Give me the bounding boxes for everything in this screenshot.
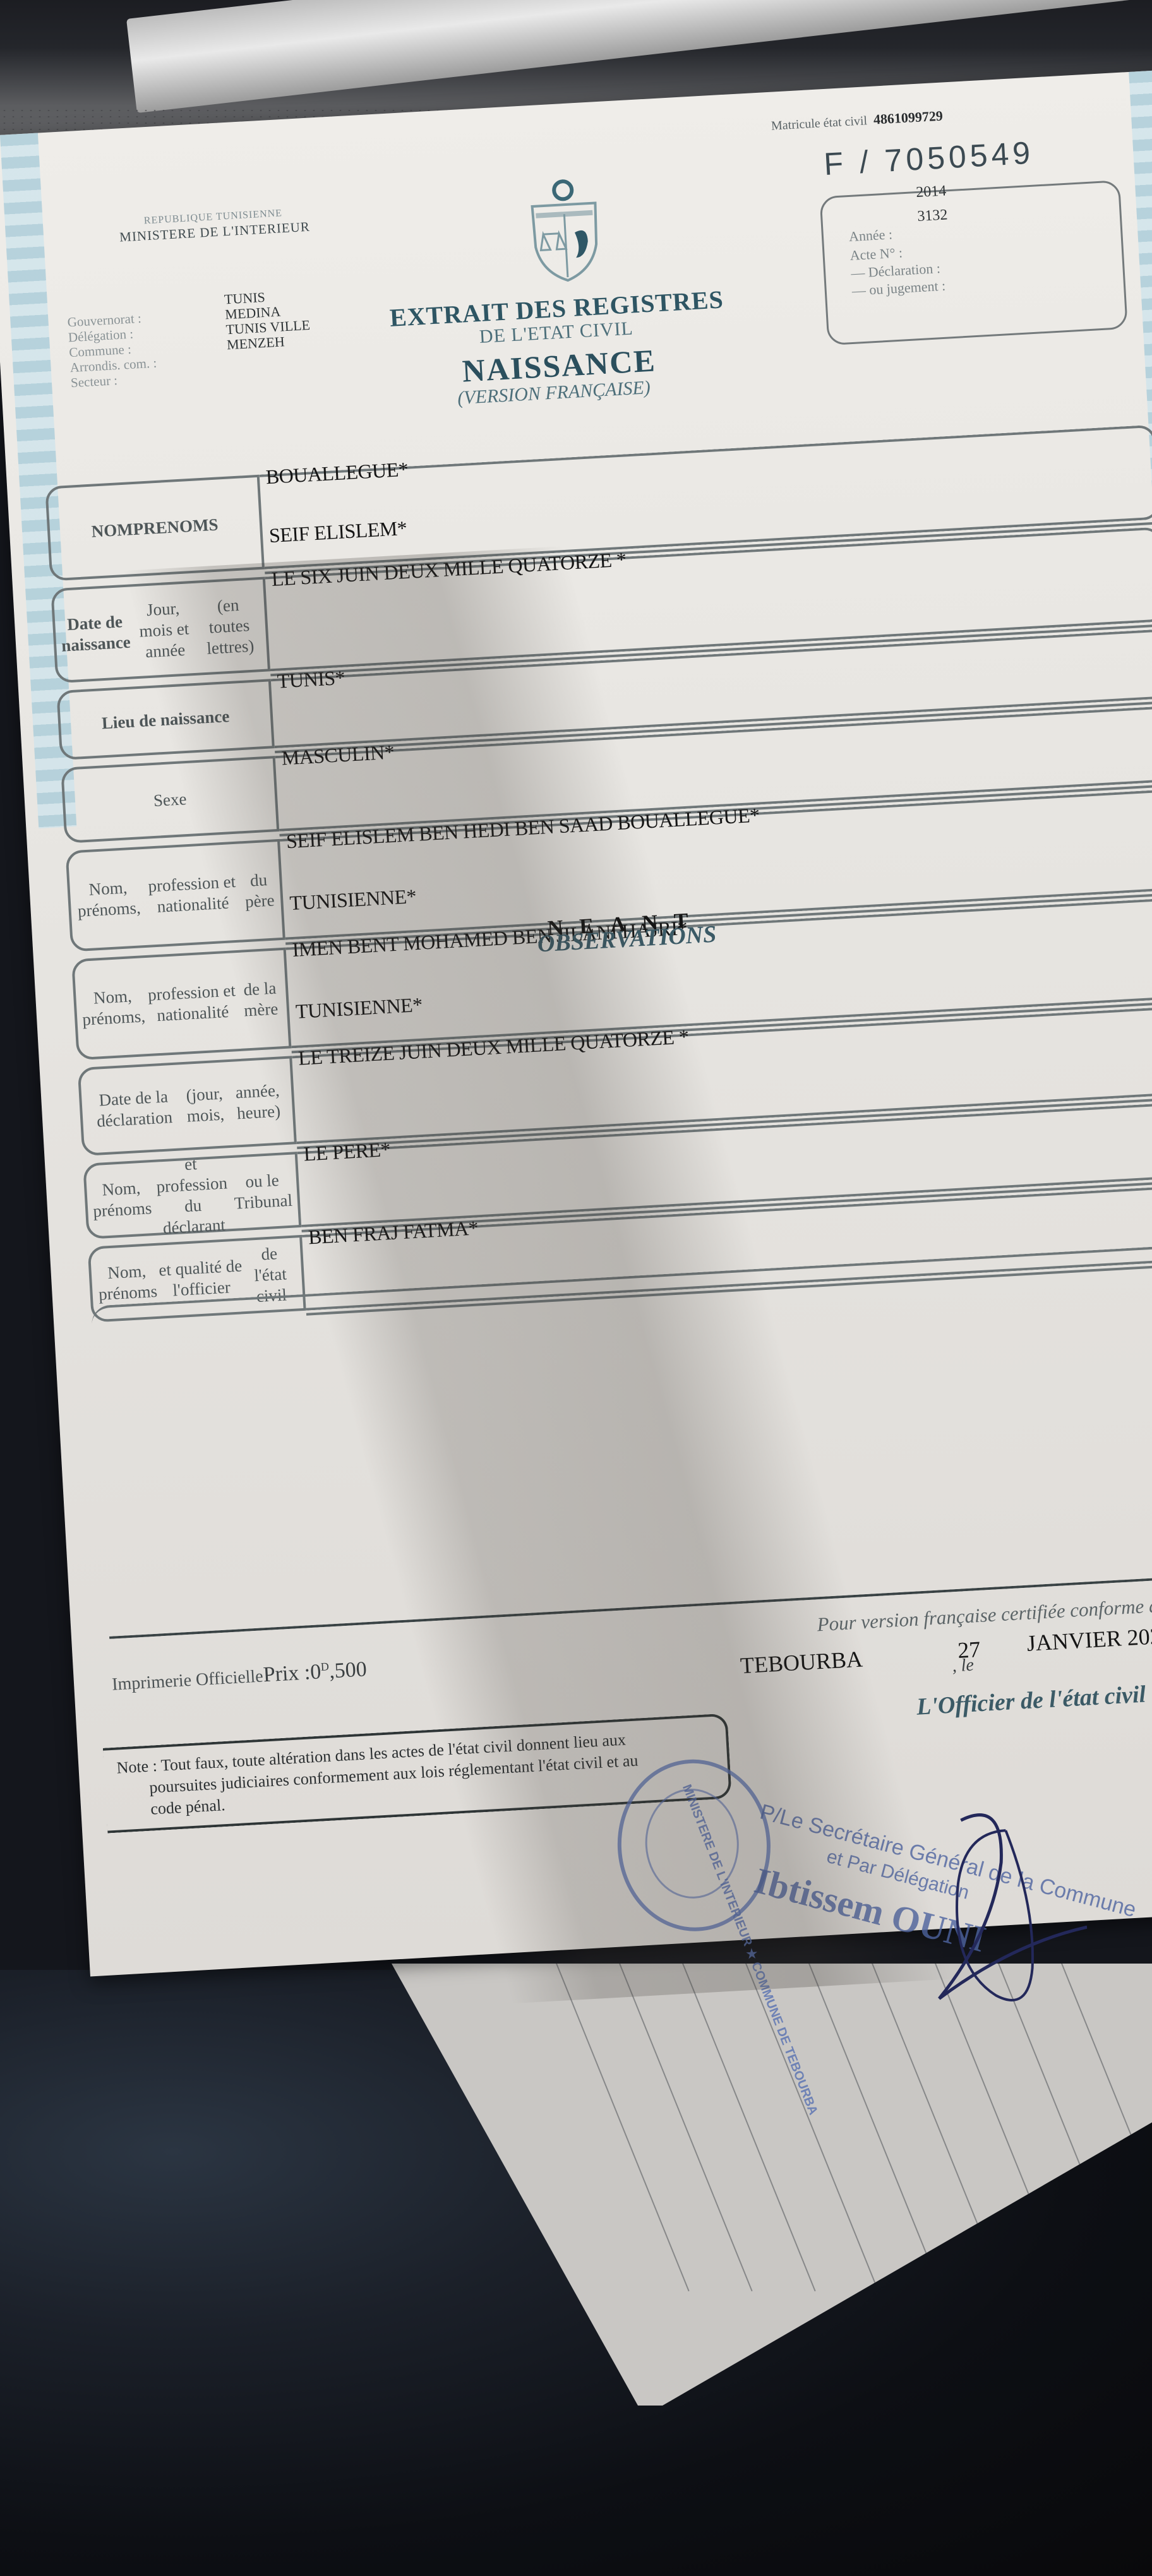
registry-field-label: NOMPRENOMS <box>45 475 265 581</box>
registry-field-label: Date de la déclaration(jour, mois,année,… <box>78 1056 297 1156</box>
coat-of-arms-icon <box>518 174 612 286</box>
registry-value-text: BOUALLEGUE* <box>265 458 409 489</box>
registry-value-text: SEIF ELISLEM* <box>268 516 407 547</box>
registry-value-text: TUNIS* <box>277 666 345 693</box>
birth-certificate-paper: REPUBLIQUE TUNISIENNE MINISTERE DE L'INT… <box>0 69 1152 1976</box>
registry-value-text: TUNISIENNE* <box>295 993 423 1023</box>
judgement-label: — ou jugement : <box>851 278 946 299</box>
act-number-value: 3132 <box>917 206 948 225</box>
location-labels: Gouvernorat :Délégation :Commune :Arrond… <box>67 310 158 390</box>
act-reference-box: 2014 3132 Année : Acte N° : — Déclaratio… <box>819 180 1127 345</box>
matricule-number: 4861099729 <box>873 108 943 128</box>
year-label: Année : <box>848 226 892 245</box>
act-number-label: Acte N° : <box>849 244 903 264</box>
registry-value-text: TUNISIENNE* <box>289 885 417 915</box>
registry-field-label: Nom, prénomset profession du déclarantou… <box>83 1152 301 1239</box>
registry-field-label: Sexe <box>61 756 279 844</box>
issue-day: 27 <box>957 1636 981 1664</box>
printer-label: Imprimerie Officielle <box>111 1666 263 1695</box>
year-value: 2014 <box>916 182 947 201</box>
registry-field-label: Date de naissanceJour, mois et année(en … <box>51 577 270 684</box>
serial-number: F / 7050549 <box>823 134 1035 182</box>
price: Prix :0D,500 <box>263 1657 368 1687</box>
registry-table: NOMPRENOMSBOUALLEGUE*SEIF ELISLEM*Date d… <box>45 425 1152 1330</box>
location-value-3: MENZEH <box>226 333 311 352</box>
signature-icon <box>815 1801 1092 2030</box>
matricule: Matricule état civil 4861099729 <box>771 108 943 134</box>
location-values: TUNISMEDINATUNIS VILLEMENZEH <box>224 287 311 352</box>
observations-box <box>91 1244 1152 1639</box>
issue-place: TEBOURBA <box>740 1645 863 1679</box>
registry-field-label: Lieu de naissance <box>56 679 275 760</box>
registry-value-text: LE PERE* <box>303 1138 391 1166</box>
officer-title: L'Officier de l'état civil <box>916 1681 1146 1721</box>
issue-month-year: JANVIER 2026 <box>1026 1622 1152 1657</box>
